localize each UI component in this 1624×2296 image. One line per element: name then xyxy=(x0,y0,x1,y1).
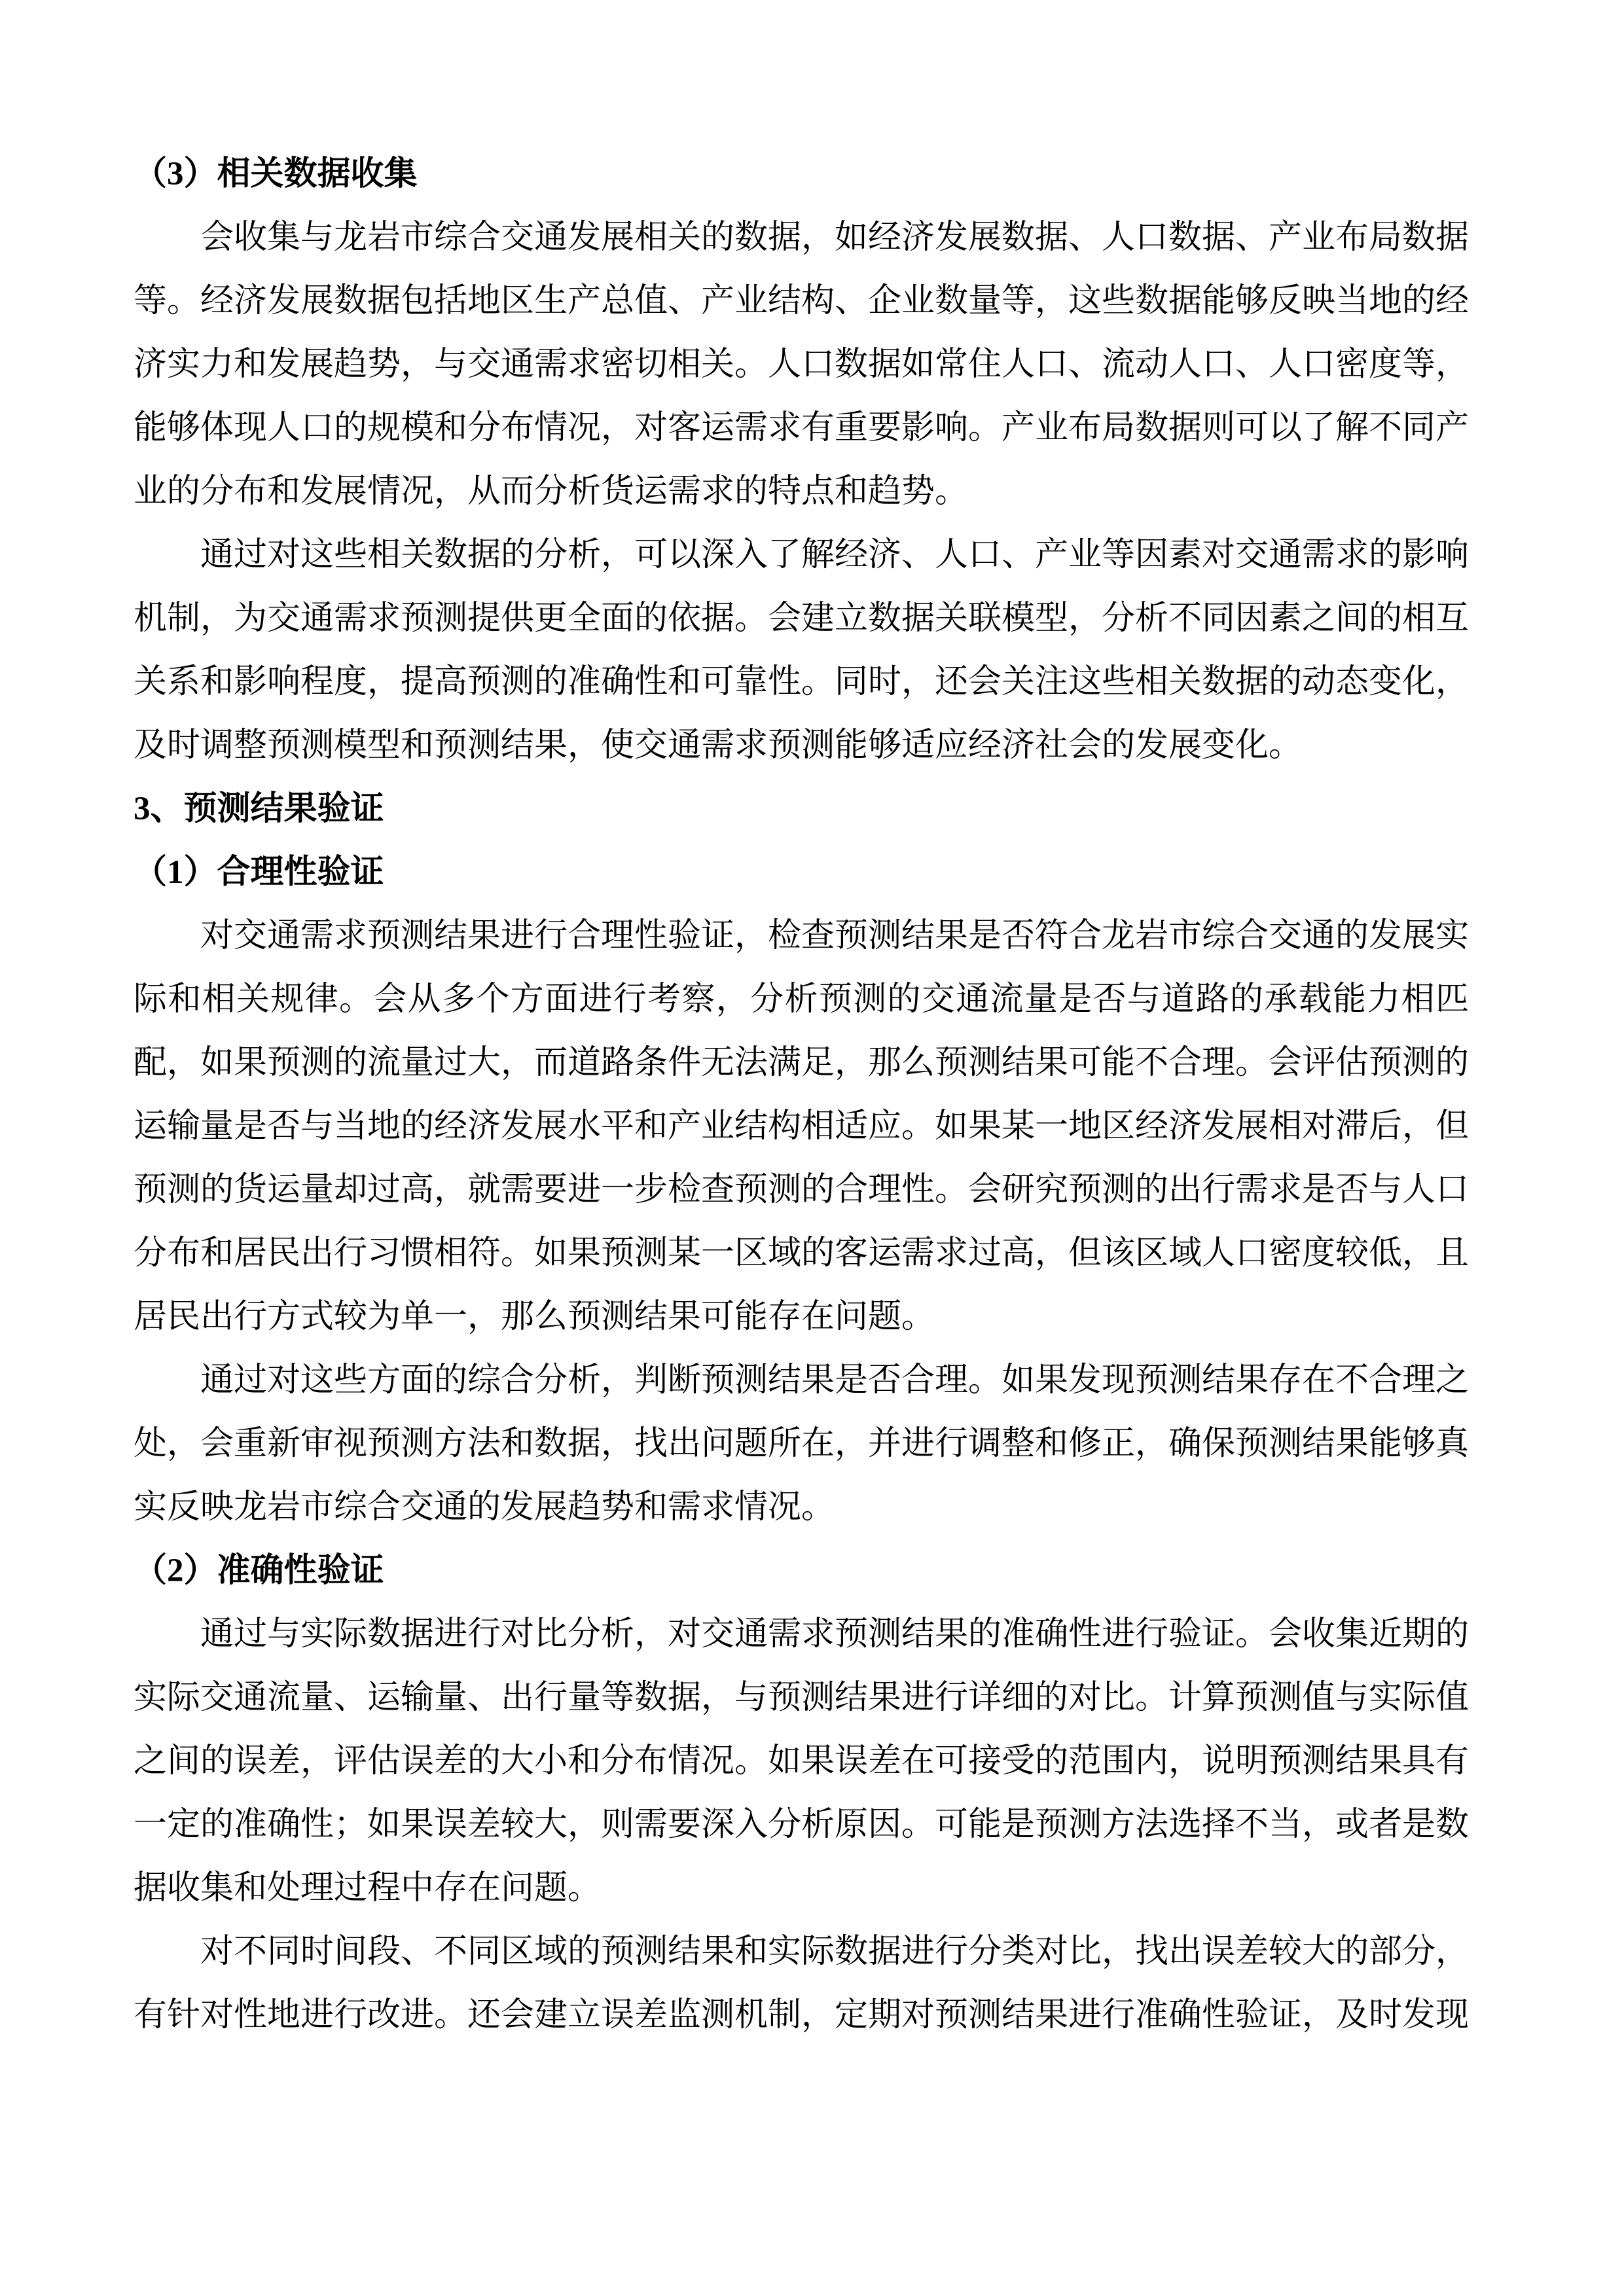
document-body: （3）相关数据收集会收集与龙岩市综合交通发展相关的数据，如经济发展数据、人口数据… xyxy=(134,143,1469,2047)
body-paragraph-1: 会收集与龙岩市综合交通发展相关的数据，如经济发展数据、人口数据、产业布局数据等。… xyxy=(134,206,1469,524)
body-paragraph-9: 对不同时间段、不同区域的预测结果和实际数据进行分类对比，找出误差较大的部分，有针… xyxy=(134,1920,1469,2047)
section-heading-7: （2）准确性验证 xyxy=(134,1539,1469,1603)
section-heading-0: （3）相关数据收集 xyxy=(134,143,1469,206)
document-page: （3）相关数据收集会收集与龙岩市综合交通发展相关的数据，如经济发展数据、人口数据… xyxy=(0,0,1624,2296)
section-heading-3: 3、预测结果验证 xyxy=(134,778,1469,841)
section-heading-4: （1）合理性验证 xyxy=(134,841,1469,905)
body-paragraph-6: 通过对这些方面的综合分析，判断预测结果是否合理。如果发现预测结果存在不合理之处，… xyxy=(134,1349,1469,1539)
body-paragraph-2: 通过对这些相关数据的分析，可以深入了解经济、人口、产业等因素对交通需求的影响机制… xyxy=(134,524,1469,778)
body-paragraph-8: 通过与实际数据进行对比分析，对交通需求预测结果的准确性进行验证。会收集近期的实际… xyxy=(134,1603,1469,1920)
body-paragraph-5: 对交通需求预测结果进行合理性验证，检查预测结果是否符合龙岩市综合交通的发展实际和… xyxy=(134,905,1469,1349)
